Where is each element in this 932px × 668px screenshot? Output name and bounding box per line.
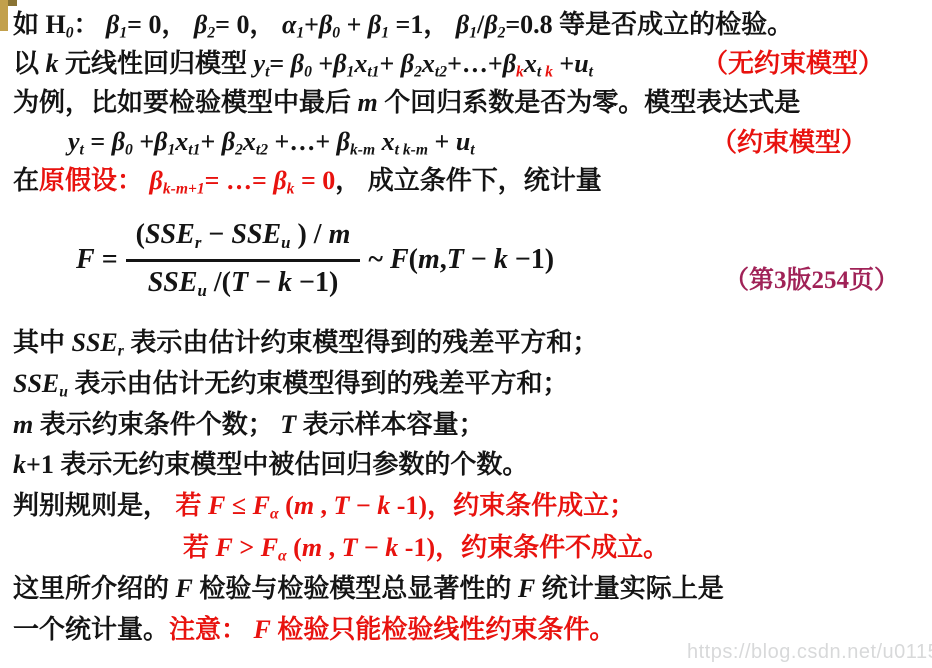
text-segment: 1	[296, 25, 304, 42]
text-segment: =	[84, 127, 112, 156]
text-segment: k	[545, 64, 553, 81]
text-segment: t	[470, 142, 474, 159]
text-segment: u	[574, 49, 588, 78]
text-segment: k	[385, 533, 398, 562]
text-segment: u	[456, 127, 470, 156]
text-segment: −	[464, 244, 494, 275]
text-segment: β	[273, 166, 286, 195]
line-sse-u-definition: SSEu 表示由估计无约束模型得到的残差平方和；	[13, 367, 568, 410]
note-unrestricted-model: （无约束模型）	[702, 47, 884, 81]
text-segment: SSE	[145, 219, 195, 250]
text-segment: 一个统计量。	[13, 615, 169, 644]
text-segment: ：	[74, 10, 107, 39]
line-restricted-model: yt = β0 +β1xt1+ β2xt2 +…+ βk-m xt k-m + …	[68, 125, 475, 168]
text-segment: F	[216, 533, 233, 562]
line-f-test-equivalence-1: 这里所介绍的 F 检验与检验模型总显著性的 F 统计量实际上是	[13, 572, 724, 606]
text-segment: （无约束模型）	[702, 49, 884, 78]
text-segment: 表示由估计约束模型得到的残差平方和；	[124, 328, 599, 357]
text-segment: = 0，	[127, 10, 194, 39]
text-segment: 约束条件不成立。	[461, 533, 669, 562]
text-segment: u	[59, 384, 68, 401]
note-textbook-page: （第3版254页）	[724, 264, 899, 298]
line-k-plus-1-definition: k+1 表示无约束模型中被估回归参数的个数。	[13, 448, 528, 482]
text-segment: m	[418, 244, 440, 275]
text-segment: t	[537, 64, 545, 81]
text-segment: ~	[368, 244, 390, 275]
text-segment: 统计量实际上是	[535, 574, 724, 603]
text-segment: 约束条件成立；	[453, 491, 635, 520]
text-segment: /(	[207, 267, 231, 298]
text-segment: +	[304, 10, 319, 39]
text-segment: x	[524, 49, 537, 78]
text-segment: 表示样本容量；	[296, 410, 485, 439]
text-segment: >	[233, 533, 261, 562]
line-unrestricted-model: 以 k 元线性回归模型 yt= β0 +β1xt1+ β2xt2+…+βkxt …	[13, 47, 593, 90]
text-segment: t2	[256, 142, 268, 159]
text-segment: 1	[119, 25, 127, 42]
text-segment: 若	[169, 491, 208, 520]
text-segment: T	[447, 244, 464, 275]
text-segment: 如 H	[13, 10, 66, 39]
text-segment: β	[222, 127, 235, 156]
text-segment: k	[516, 64, 524, 81]
text-segment: m	[358, 88, 378, 117]
text-segment: t2	[435, 64, 447, 81]
text-segment: 其中	[13, 328, 72, 357]
f-formula-distribution: ~ F(m,T − k −1)	[368, 244, 554, 276]
text-segment: k	[13, 450, 26, 479]
text-segment: m	[294, 491, 314, 520]
text-segment: −	[357, 533, 385, 562]
text-segment: ,	[314, 491, 334, 520]
text-segment: 个回归系数是否为零。模型表达式是	[378, 88, 801, 117]
text-segment: 表示由估计无约束模型得到的残差平方和；	[68, 369, 569, 398]
line-sse-r-definition: 其中 SSEr 表示由估计约束模型得到的残差平方和；	[13, 326, 598, 369]
text-segment: β	[484, 10, 497, 39]
text-segment: β	[106, 10, 119, 39]
text-segment: =0.8 等是否成立的检验。	[505, 10, 793, 39]
note-restricted-model: （约束模型）	[711, 126, 867, 160]
text-segment: m	[302, 533, 322, 562]
line-decision-rule-reject: 若 F > Fα (m , T − k -1)，约束条件不成立。	[183, 531, 669, 574]
text-segment: y	[68, 127, 80, 156]
text-segment: T	[231, 267, 248, 298]
text-segment: k-m+1	[163, 181, 205, 198]
text-segment: （约束模型）	[711, 128, 867, 157]
text-segment: 0	[66, 25, 74, 42]
text-segment: 检验与检验模型总显著性的	[193, 574, 518, 603]
line-null-hypothesis-condition: 在原假设： βk-m+1= …= βk = 0， 成立条件下，统计量	[13, 164, 602, 207]
text-segment: y	[254, 49, 266, 78]
line-test-purpose: 为例，比如要检验模型中最后 m 个回归系数是否为零。模型表达式是	[13, 86, 800, 120]
text-segment: 以	[13, 49, 46, 78]
line-null-hypothesis-examples: 如 H0： β1= 0， β2= 0， α1+β0 + β1 =1， β1/β2…	[13, 8, 793, 51]
text-segment: β	[456, 10, 469, 39]
f-statistic-formula: F = (SSEr − SSEu ) / m SSEu /(T − k −1) …	[76, 210, 554, 310]
text-segment: 2	[414, 64, 422, 81]
text-segment: 1	[381, 25, 389, 42]
lecture-slide: 如 H0： β1= 0， β2= 0， α1+β0 + β1 =1， β1/β2…	[0, 0, 932, 668]
text-segment: β	[337, 127, 350, 156]
text-segment: 判别规则是，	[13, 491, 169, 520]
text-segment: F	[518, 574, 535, 603]
text-segment: −	[201, 219, 231, 250]
text-segment: (	[279, 491, 294, 520]
text-segment: β	[401, 49, 414, 78]
text-segment: 0	[304, 64, 312, 81]
text-segment: F	[176, 574, 193, 603]
text-segment: ,	[322, 533, 342, 562]
text-segment: +…+	[447, 49, 503, 78]
text-segment: k	[494, 244, 508, 275]
text-segment: x	[354, 49, 367, 78]
text-segment: 元线性回归模型	[59, 49, 254, 78]
f-formula-lhs: F =	[76, 244, 118, 276]
text-segment: u	[198, 281, 207, 300]
watermark: https://blog.csdn.net/u011517132	[687, 641, 932, 664]
text-segment: 原假设：	[39, 166, 150, 195]
text-segment: SSE	[72, 328, 118, 357]
text-segment: +	[340, 10, 368, 39]
text-segment: +…+	[268, 127, 337, 156]
text-segment: +	[133, 127, 154, 156]
text-segment: k-m	[350, 142, 375, 159]
text-segment: =	[269, 49, 290, 78]
text-segment: SSE	[231, 219, 281, 250]
text-segment: ， 成立条件下，统计量	[335, 166, 602, 195]
text-segment: β	[194, 10, 207, 39]
text-segment: k	[278, 267, 292, 298]
text-segment: −	[248, 267, 278, 298]
text-segment: 检验只能检验线性约束条件。	[271, 615, 616, 644]
text-segment: β	[154, 127, 167, 156]
text-segment: x	[243, 127, 256, 156]
text-segment: 0	[332, 25, 340, 42]
text-segment: ) /	[290, 219, 328, 250]
text-segment: T	[342, 533, 358, 562]
text-segment: -1)，	[398, 533, 461, 562]
text-segment: 1	[469, 25, 477, 42]
text-segment: 为例，比如要检验模型中最后	[13, 88, 358, 117]
slide-corner-decoration-left	[0, 0, 8, 31]
text-segment: 2	[235, 142, 243, 159]
text-segment: x	[382, 127, 395, 156]
text-segment: +	[553, 49, 574, 78]
line-f-test-equivalence-2: 一个统计量。注意： F 检验只能检验线性约束条件。	[13, 613, 615, 647]
text-segment: T	[280, 410, 296, 439]
text-segment: +	[200, 127, 221, 156]
text-segment: 表示约束条件个数；	[33, 410, 280, 439]
line-decision-rule-accept: 判别规则是， 若 F ≤ Fα (m , T − k -1)，约束条件成立；	[13, 489, 635, 532]
text-segment: = …=	[205, 166, 274, 195]
text-segment: = 0，	[215, 10, 282, 39]
text-segment: m	[329, 219, 351, 250]
text-segment: 在	[13, 166, 39, 195]
text-segment: ≤	[225, 491, 252, 520]
text-segment: k	[46, 49, 59, 78]
text-segment: β	[368, 10, 381, 39]
text-segment: F	[390, 244, 409, 275]
text-segment: β	[150, 166, 163, 195]
f-formula-denominator: SSEu /(T − k −1)	[138, 262, 349, 301]
text-segment: t	[589, 64, 593, 81]
text-segment: 这里所介绍的	[13, 574, 176, 603]
text-segment: x	[422, 49, 435, 78]
text-segment: k	[377, 491, 390, 520]
text-segment: 2	[207, 25, 215, 42]
text-segment: (	[287, 533, 302, 562]
text-segment: β	[503, 49, 516, 78]
text-segment: 注意：	[169, 615, 254, 644]
text-segment: β	[291, 49, 304, 78]
f-formula-fraction: (SSEr − SSEu ) / m SSEu /(T − k −1)	[126, 219, 361, 300]
text-segment: t1	[188, 142, 200, 159]
text-segment: α	[270, 506, 279, 523]
text-segment: F	[261, 533, 278, 562]
text-segment: −1)	[508, 244, 554, 275]
text-segment: +	[312, 49, 333, 78]
text-segment: (	[409, 244, 418, 275]
text-segment: =	[95, 244, 118, 275]
line-m-t-definition: m 表示约束条件个数； T 表示样本容量；	[13, 408, 485, 442]
text-segment: F	[76, 244, 95, 275]
text-segment: β	[319, 10, 332, 39]
text-segment: β	[333, 49, 346, 78]
text-segment: α	[282, 10, 296, 39]
f-formula-numerator: (SSEr − SSEu ) / m	[126, 219, 361, 261]
text-segment: −	[349, 491, 377, 520]
text-segment: （第3版254页）	[724, 267, 899, 294]
text-segment: F	[254, 615, 271, 644]
text-segment: +	[379, 49, 400, 78]
text-segment: SSE	[148, 267, 198, 298]
text-segment: F	[253, 491, 270, 520]
text-segment: +	[428, 127, 456, 156]
text-segment: 若	[183, 533, 216, 562]
text-segment: T	[334, 491, 350, 520]
text-segment: −1)	[292, 267, 338, 298]
text-segment: α	[278, 548, 287, 565]
text-segment: 0	[125, 142, 133, 159]
text-segment: -1)，	[390, 491, 453, 520]
text-segment: F	[208, 491, 225, 520]
text-segment: +1 表示无约束模型中被估回归参数的个数。	[26, 450, 528, 479]
text-segment: t1	[367, 64, 379, 81]
text-segment: m	[13, 410, 33, 439]
text-segment: SSE	[13, 369, 59, 398]
text-segment: =1，	[389, 10, 456, 39]
text-segment: t k-m	[395, 142, 428, 159]
text-segment: x	[175, 127, 188, 156]
text-segment: (	[136, 219, 145, 250]
text-segment: = 0	[294, 166, 335, 195]
text-segment: ,	[440, 244, 447, 275]
text-segment: β	[112, 127, 125, 156]
